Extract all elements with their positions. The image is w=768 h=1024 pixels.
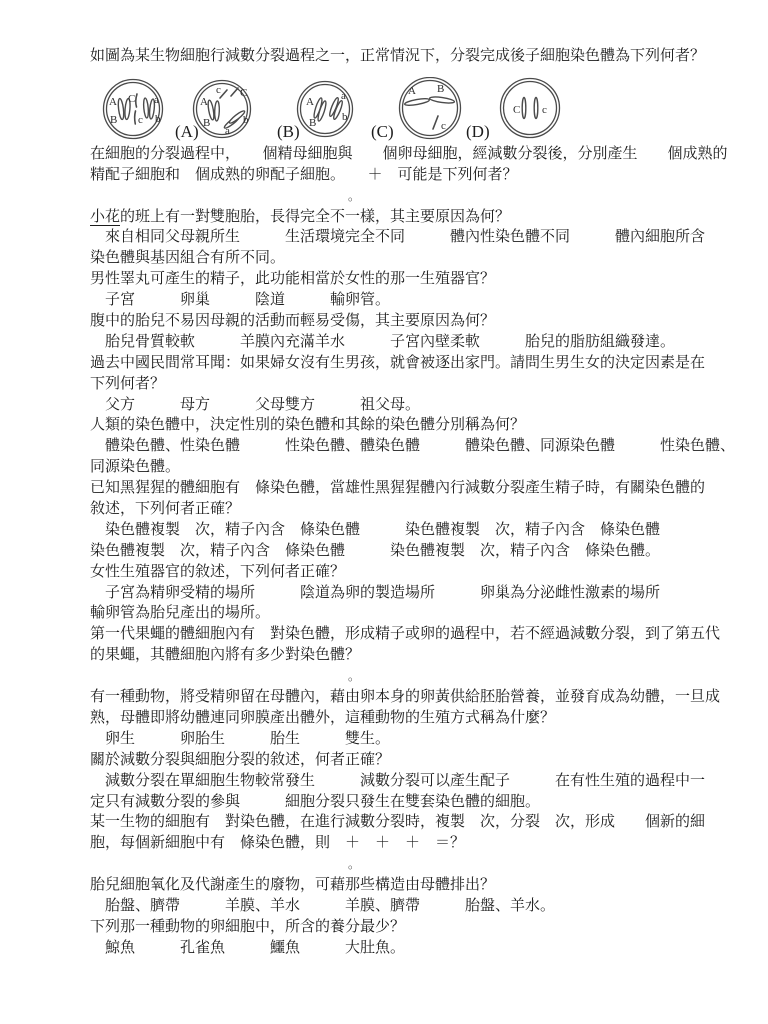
text-line-question: 小花的班上有一對雙胞胎，長得完全不一樣，其主要原因為何？ bbox=[90, 207, 730, 228]
chromosome-label: b bbox=[342, 111, 348, 123]
figure-option-label-c: (C) bbox=[371, 122, 394, 141]
figure-cell-option-b: A B a b bbox=[298, 81, 353, 136]
text-line-continuation: 熟，母體即將幼體連同卵膜產出體外，這種動物的生殖方式稱為什麼？ bbox=[90, 708, 730, 729]
text-line-question: 已知黑猩猩的體細胞有 條染色體，當雄性黑猩猩體內行減數分裂產生精子時，有關染色體… bbox=[90, 478, 730, 499]
figure-option-label-b: (B) bbox=[277, 122, 300, 141]
chromosome-label: A bbox=[306, 96, 314, 108]
chromosome-label: b bbox=[243, 114, 249, 126]
document-page: 如圖為某生物細胞行減數分裂過程之一，正常情況下，分裂完成後子細胞染色體為下列何者… bbox=[0, 0, 768, 1024]
chromosome-label: C bbox=[240, 87, 247, 99]
figure-cell-option-d: C c bbox=[501, 78, 560, 137]
text-line-question: 過去中國民間常耳聞：如果婦女沒有生男孩，就會被逐出家門。請問生男生女的決定因素是… bbox=[90, 353, 730, 374]
text-line-question: 第一代果蠅的體細胞內有 對染色體，形成精子或卵的過程中，若不經過減數分裂，到了第… bbox=[90, 624, 730, 645]
chromosome-label: a bbox=[154, 94, 159, 106]
text-line-answer-dot: 。 bbox=[90, 854, 730, 875]
text-line-continuation: 下列何者？ bbox=[90, 374, 730, 395]
text-line-options: 子宮 卵巢 陰道 輸卵管。 bbox=[90, 290, 730, 311]
text-line-options: 染色體複製 次，精子內含 條染色體 染色體複製 次，精子內含 條染色體 bbox=[90, 520, 730, 541]
text-line-question: 女性生殖器官的敘述，下列何者正確？ bbox=[90, 562, 730, 583]
text-line-options: 卵生 卵胎生 胎生 雙生。 bbox=[90, 729, 730, 750]
chromosome-label: c bbox=[542, 104, 547, 116]
text-line-question: 在細胞的分裂過程中， 個精母細胞與 個卵母細胞，經減數分裂後，分別產生 個成熟的 bbox=[90, 144, 730, 165]
chromosome-label: B bbox=[437, 83, 444, 95]
chromosome-label: c bbox=[138, 114, 143, 126]
meiosis-cell-figure: A B C c a b A bbox=[90, 77, 730, 141]
chromosome-label: A bbox=[200, 96, 208, 108]
text-line-continuation: 染色體與基因組合有所不同。 bbox=[90, 248, 730, 269]
figure-cell-source: A B C c a b bbox=[104, 79, 163, 138]
text-line-question: 如圖為某生物細胞行減數分裂過程之一，正常情況下，分裂完成後子細胞染色體為下列何者… bbox=[90, 46, 730, 67]
chromosome-label: a bbox=[225, 125, 230, 137]
text-line-answer-dot: 。 bbox=[90, 666, 730, 687]
text-line-options: 胎盤、臍帶 羊膜、羊水 羊膜、臍帶 胎盤、羊水。 bbox=[90, 896, 730, 917]
text-line-options: 胎兒骨質較軟 羊膜內充滿羊水 子宮內壁柔軟 胎兒的脂肪組織發達。 bbox=[90, 332, 730, 353]
chromosome-label: c bbox=[441, 120, 446, 132]
text-line-answer-dot: 。 bbox=[90, 186, 730, 207]
figure-cell-option-c: A B c bbox=[400, 77, 461, 138]
text-line-continuation: 同源染色體。 bbox=[90, 457, 730, 478]
chromosome-label: b bbox=[155, 113, 161, 125]
chromosome-label: B bbox=[309, 117, 316, 129]
worksheet-text-block: 如圖為某生物細胞行減數分裂過程之一，正常情況下，分裂完成後子細胞染色體為下列何者… bbox=[90, 46, 730, 959]
text-line-continuation: 染色體複製 次，精子內含 條染色體 染色體複製 次，精子內含 條染色體。 bbox=[90, 541, 730, 562]
chromosome-label: B bbox=[203, 117, 210, 129]
chromosome-label: a bbox=[341, 90, 346, 102]
text-line-options: 鯨魚 孔雀魚 鱷魚 大肚魚。 bbox=[90, 938, 730, 959]
text-line-continuation: 敘述，下列何者正確？ bbox=[90, 499, 730, 520]
underlined-name: 小花 bbox=[90, 209, 120, 226]
text-line-continuation: 輸卵管為胎兒產出的場所。 bbox=[90, 603, 730, 624]
text-line-continuation: 的果蠅，其體細胞內將有多少對染色體？ bbox=[90, 645, 730, 666]
text-line-question: 胎兒細胞氧化及代謝產生的廢物，可藉那些構造由母體排出？ bbox=[90, 875, 730, 896]
figure-option-label-d: (D) bbox=[466, 122, 490, 141]
chromosome-label: C bbox=[128, 93, 135, 105]
lines-before-figure: 如圖為某生物細胞行減數分裂過程之一，正常情況下，分裂完成後子細胞染色體為下列何者… bbox=[90, 46, 730, 67]
lines-after-figure: 在細胞的分裂過程中， 個精母細胞與 個卵母細胞，經減數分裂後，分別產生 個成熟的… bbox=[90, 144, 730, 959]
chromosome-label: B bbox=[110, 114, 117, 126]
chromosome-label: A bbox=[408, 85, 416, 97]
text-line-continuation: 精配子細胞和 個成熟的卵配子細胞。 ＋ 可能是下列何者？ bbox=[90, 165, 730, 186]
text-line-question: 關於減數分裂與細胞分裂的敘述，何者正確？ bbox=[90, 750, 730, 771]
text-line-options: 體染色體、性染色體 性染色體、體染色體 體染色體、同源染色體 性染色體、 bbox=[90, 436, 730, 457]
text-line-continuation: 定只有減數分裂的參與 細胞分裂只發生在雙套染色體的細胞。 bbox=[90, 792, 730, 813]
chromosome-label: A bbox=[109, 96, 117, 108]
text-line-question: 某一生物的細胞有 對染色體，在進行減數分裂時，複製 次，分裂 次，形成 個新的細 bbox=[90, 812, 730, 833]
text-line-question: 男性睪丸可產生的精子，此功能相當於女性的那一生殖器官？ bbox=[90, 269, 730, 290]
figure-cell-option-a: A B c C a b bbox=[194, 80, 251, 137]
text-line-options: 減數分裂在單細胞生物較常發生 減數分裂可以產生配子 在有性生殖的過程中一 bbox=[90, 771, 730, 792]
text-line-question: 有一種動物，將受精卵留在母體內，藉由卵本身的卵黃供給胚胎營養，並發育成為幼體，一… bbox=[90, 687, 730, 708]
text-line-options: 父方 母方 父母雙方 祖父母。 bbox=[90, 395, 730, 416]
text-line-options: 來自相同父母親所生 生活環境完全不同 體內性染色體不同 體內細胞所含 bbox=[90, 227, 730, 248]
chromosome-label: c bbox=[216, 84, 221, 96]
cell-diagram-svg: A B C c a b A bbox=[90, 77, 710, 141]
chromosome-label: C bbox=[513, 104, 520, 116]
text-line-question: 人類的染色體中，決定性別的染色體和其餘的染色體分別稱為何？ bbox=[90, 415, 730, 436]
text-line-question: 腹中的胎兒不易因母親的活動而輕易受傷，其主要原因為何？ bbox=[90, 311, 730, 332]
text-line-continuation: 胞，每個新細胞中有 條染色體，則 ＋ ＋ ＋ ＝？ bbox=[90, 833, 730, 854]
text-line-question: 下列那一種動物的卵細胞中，所含的養分最少？ bbox=[90, 917, 730, 938]
text-line-options: 子宮為精卵受精的場所 陰道為卵的製造場所 卵巢為分泌雌性激素的場所 bbox=[90, 583, 730, 604]
figure-option-label-a: (A) bbox=[175, 122, 199, 141]
